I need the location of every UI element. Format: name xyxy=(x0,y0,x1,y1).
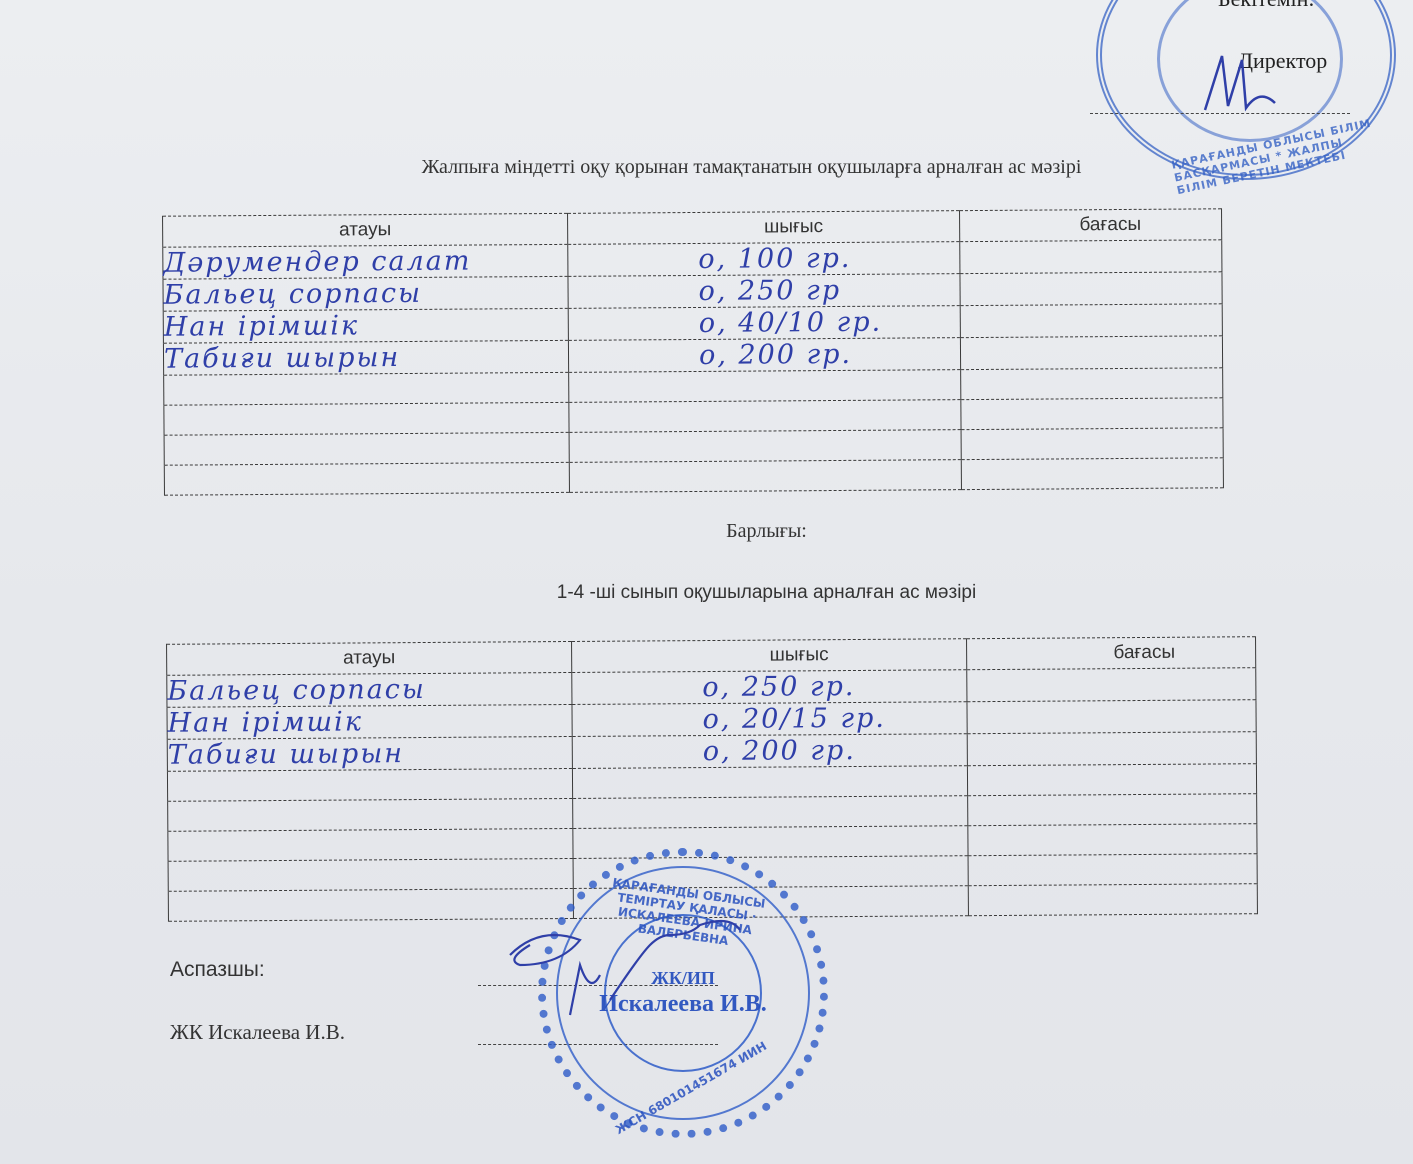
cell-name: Нан ірімшік xyxy=(163,308,568,343)
column-header: бағасы xyxy=(960,209,1222,242)
cell-name: Дәрумендер салат xyxy=(163,244,568,279)
menu-table-general: атауышығысбағасыДәрумендер салато, 100 г… xyxy=(162,208,1224,495)
cell-name xyxy=(164,372,569,405)
cell-price xyxy=(967,764,1256,796)
cell-output xyxy=(569,460,961,493)
cell-name: Табиғи шырын xyxy=(167,736,572,771)
column-header: атауы xyxy=(163,213,568,247)
cell-name xyxy=(168,858,573,891)
cell-output: о, 20/15 гр. xyxy=(572,702,967,737)
cell-name xyxy=(168,828,573,861)
column-header: бағасы xyxy=(967,637,1256,670)
cell-output: о, 250 гр xyxy=(568,274,960,309)
cell-name xyxy=(164,462,569,495)
director-signature-icon xyxy=(1200,48,1280,118)
table-row xyxy=(164,458,1223,495)
cell-output xyxy=(573,826,968,859)
column-header: шығыс xyxy=(572,639,967,673)
cell-name: Бальец сорпасы xyxy=(167,672,572,707)
cell-price xyxy=(961,428,1223,460)
cook-signature-icon xyxy=(500,905,760,1025)
cell-price xyxy=(968,854,1257,886)
cell-output xyxy=(572,766,967,799)
cell-name xyxy=(168,798,573,831)
cell-output: о, 200 гр. xyxy=(572,734,967,769)
cell-price xyxy=(960,272,1222,306)
cell-price xyxy=(961,398,1223,430)
total-label: Барлығы: xyxy=(60,520,1413,543)
cell-output: о, 200 гр. xyxy=(568,338,960,373)
cell-output xyxy=(569,430,961,463)
entrepreneur-label: ЖК Искалеева И.В. xyxy=(170,1020,345,1045)
cell-price xyxy=(960,336,1222,370)
cell-name: Бальец сорпасы xyxy=(163,276,568,311)
cell-name: Нан ірімшік xyxy=(167,704,572,739)
cell-price xyxy=(968,794,1257,826)
cell-output: о, 40/10 гр. xyxy=(568,306,960,341)
table2-title: 1-4 -ші сынып оқушыларына арналған ас мә… xyxy=(60,582,1413,604)
column-header: шығыс xyxy=(568,211,960,245)
cell-price xyxy=(960,304,1222,338)
cell-name: Табиғи шырын xyxy=(163,340,568,375)
table1-title: Жалпыға міндетті оқу қорынан тамақтанаты… xyxy=(45,156,1413,179)
cell-output: о, 250 гр. xyxy=(572,670,967,705)
cell-name xyxy=(164,432,569,465)
cell-output xyxy=(573,796,968,829)
cell-price xyxy=(967,732,1256,766)
cell-name xyxy=(167,768,572,801)
cell-price xyxy=(968,884,1257,916)
cell-price xyxy=(961,368,1223,400)
cell-output xyxy=(569,400,961,433)
menu-document: ҚАРАҒАНДЫ ОБЛЫСЫ БІЛІМ БАСҚАРМАСЫ * ЖАЛП… xyxy=(0,0,1413,1164)
cell-price xyxy=(968,824,1257,856)
approved-label: Бекітемін: xyxy=(1218,0,1315,12)
column-header: атауы xyxy=(167,641,572,675)
cell-price xyxy=(967,700,1256,734)
cell-name xyxy=(164,402,569,435)
cook-label: Аспазшы: xyxy=(170,958,265,982)
cell-output xyxy=(569,370,961,403)
cell-price xyxy=(960,240,1222,274)
cell-output: о, 100 гр. xyxy=(568,242,960,277)
cell-price xyxy=(967,668,1256,702)
cell-price xyxy=(961,458,1223,490)
